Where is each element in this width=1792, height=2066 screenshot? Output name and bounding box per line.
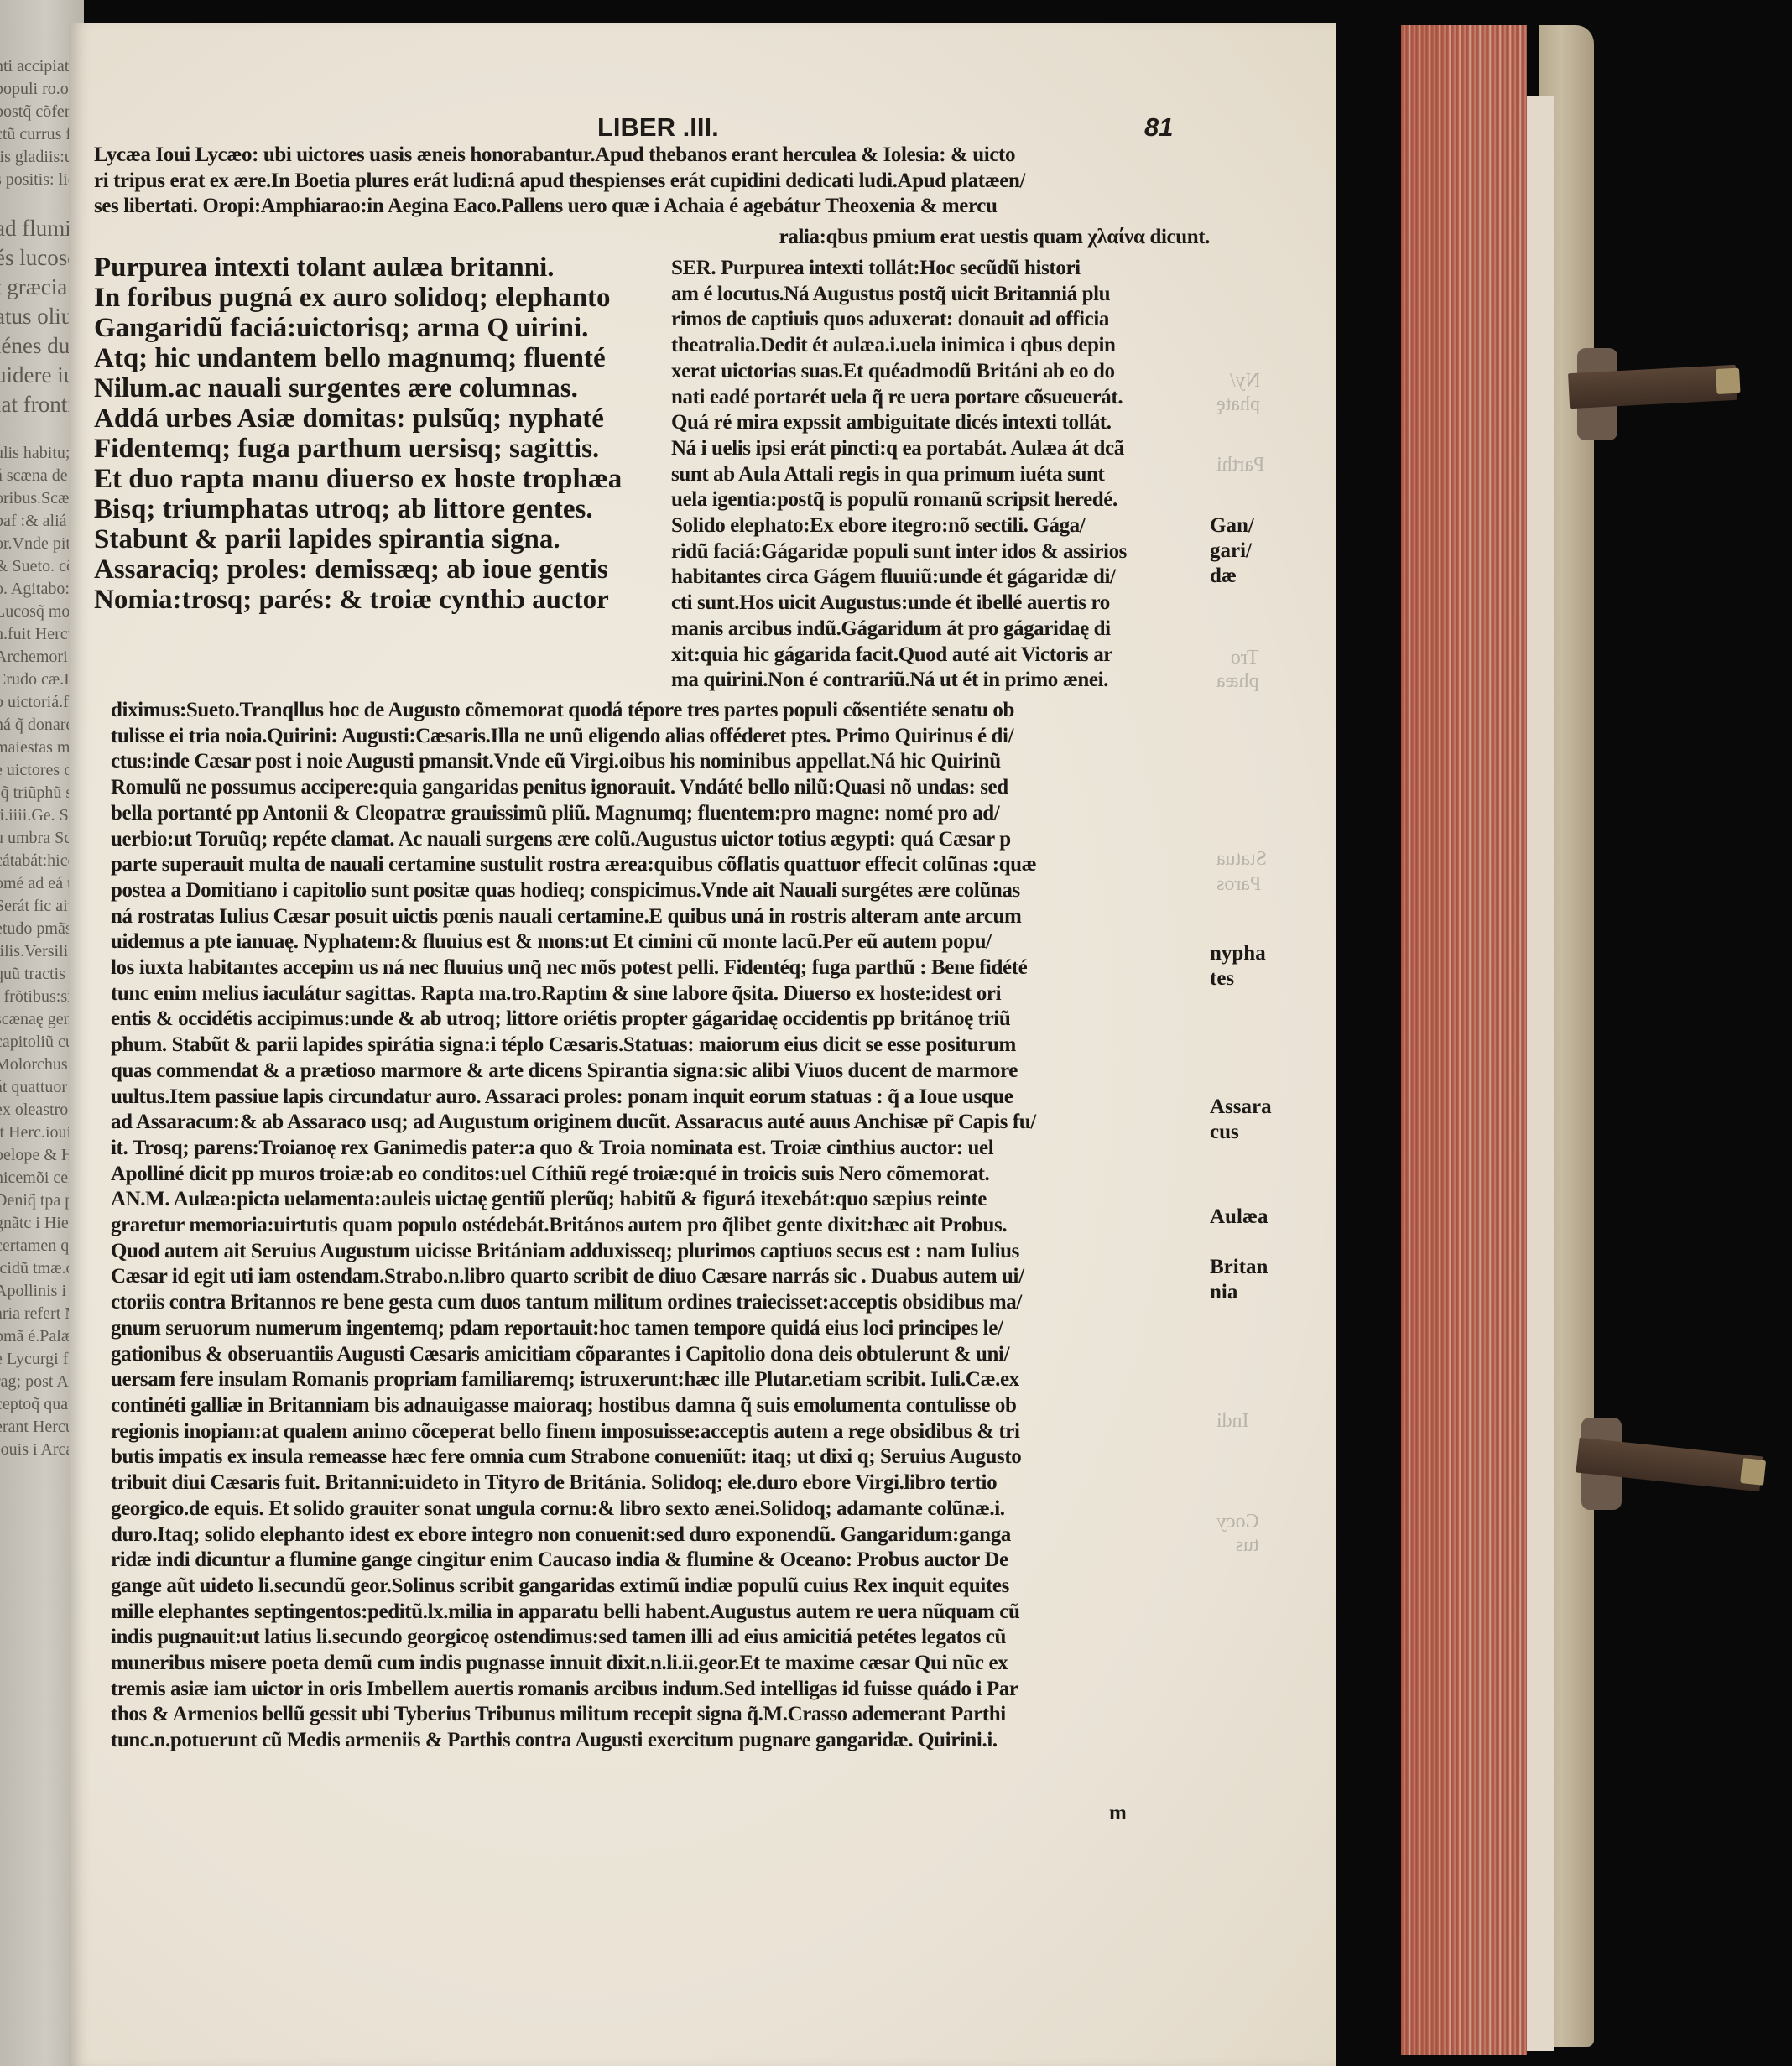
- marginal-note: Britannia: [1210, 1255, 1268, 1305]
- marginal-note-line: gari/: [1210, 539, 1254, 564]
- ghost-note-line: phæa: [1216, 669, 1259, 693]
- commentary-line: Lycæa Ioui Lycæo: ubi uictores uasis æne…: [94, 143, 1210, 169]
- commentary-right-column: SER. Purpurea intexti tollát:Hoc secũdũ …: [671, 256, 1212, 694]
- commentary-line: am é locutus.Ná Augustus postq̃ uicit Br…: [671, 282, 1212, 308]
- commentary-line: manis arcibus indũ.Gágaridum át pro gága…: [671, 617, 1212, 643]
- verse-line: Bisq; triumphatas utroq; ab littore gent…: [94, 494, 673, 524]
- commentary-line: tunc.n.potuerunt cũ Medis armeniis & Par…: [111, 1728, 1214, 1754]
- commentary-line: georgico.de equis. Et solido grauiter so…: [111, 1496, 1214, 1522]
- ghost-note-line: Paros: [1216, 872, 1261, 896]
- ghost-marginal-note: Cocytus: [1216, 1510, 1259, 1557]
- commentary-line: nati eadé portarét uela q̃ re uera porta…: [671, 385, 1212, 411]
- verse-line: In foribus pugná ex auro solidoq; elepha…: [94, 283, 673, 313]
- catchword: m: [1109, 1802, 1127, 1825]
- verse-line: Assaraciq; proles: demissæq; ab ioue gen…: [94, 554, 673, 585]
- ghost-note-line: Parthi: [1216, 453, 1264, 476]
- commentary-line: mille elephantes septingentos:peditũ.lx.…: [111, 1600, 1214, 1626]
- ghost-marginal-note: Trophæa: [1216, 646, 1259, 693]
- commentary-line: Apolliné dicit pp muros troiæ:ab eo cond…: [111, 1162, 1214, 1188]
- commentary-line: AN.M. Aulæa:picta uelamenta:auleis uicta…: [111, 1187, 1214, 1213]
- commentary-line: ná rostratas Iulius Cæsar posuit uictis …: [111, 904, 1214, 930]
- verse-line: Fidentemq; fuga parthum uersisq; sagitti…: [94, 434, 673, 464]
- verse-line: Stabunt & parii lapides spirantia signa.: [94, 524, 673, 554]
- commentary-line: ses libertati. Oropi:Amphiarao:in Aegina…: [94, 194, 1210, 220]
- running-title: LIBER .III.: [597, 112, 719, 143]
- commentary-line: los iuxta habitantes accepim us ná nec f…: [111, 955, 1214, 981]
- verse-line: Et duo rapta manu diuerso ex hoste troph…: [94, 464, 673, 494]
- marginal-note-line: Gan/: [1210, 513, 1254, 539]
- clasp-brass-tip-icon: [1716, 368, 1741, 394]
- commentary-line: ralia:qbus pmium erat uestis quam χλαίνα…: [94, 225, 1210, 251]
- verse-line: Gangaridũ faciá:uictorisq; arma Q uirini…: [94, 313, 673, 343]
- marginal-note-line: nia: [1210, 1280, 1268, 1305]
- commentary-line: ctoriis contra Britannos re bene gesta c…: [111, 1290, 1214, 1316]
- commentary-line: tulisse ei tria noia.Quirini: Augusti:Cæ…: [111, 724, 1214, 750]
- commentary-line: Cæsar id egit uti iam ostendam.Strabo.n.…: [111, 1264, 1214, 1290]
- commentary-line: gationibus & obseruantiis Augusti Cæsari…: [111, 1342, 1214, 1368]
- commentary-line: phum. Stabũt & parii lapides spirátia si…: [111, 1033, 1214, 1059]
- marginal-note: nyphates: [1210, 941, 1266, 991]
- verse-line: Addá urbes Asiæ domitas: pulsũq; nyphaté: [94, 403, 673, 434]
- commentary-line: cti sunt.Hos uicit Augustus:unde ét ibel…: [671, 591, 1212, 617]
- commentary-line: ad Assaracum:& ab Assaraco usq; ad Augus…: [111, 1110, 1214, 1136]
- ghost-marginal-note: Parthi: [1216, 453, 1264, 476]
- ghost-note-line: Ny/: [1216, 369, 1260, 393]
- commentary-line: Ná i uelis ipsi erát pincti:q ea portabá…: [671, 436, 1212, 462]
- marginal-note-line: Britan: [1210, 1255, 1268, 1280]
- commentary-line: ctus:inde Cæsar post i noie Augusti pman…: [111, 749, 1214, 775]
- verse-line: Nomia:trosq; parés: & troiæ cynthiɔ auct…: [94, 585, 673, 615]
- commentary-line: parte superauit multa de nauali certamin…: [111, 852, 1214, 878]
- verse-block: Purpurea intexti tolant aulæa britanni.I…: [94, 252, 673, 615]
- page-block-edge: [1527, 96, 1554, 2051]
- ghost-marginal-note: Indi: [1216, 1409, 1249, 1433]
- commentary-line: tribuit diui Cæsaris fuit. Britanni:uide…: [111, 1470, 1214, 1496]
- ghost-note-line: Indi: [1216, 1409, 1249, 1433]
- commentary-line: rimos de captiuis quos aduxerat: donauit…: [671, 307, 1212, 333]
- commentary-line: duro.Itaq; solido elephanto idest ex ebo…: [111, 1522, 1214, 1548]
- commentary-line: uerbio:ut Toruũq; repéte clamat. Ac naua…: [111, 827, 1214, 853]
- commentary-line: butis impatis ex insula remeasse hæc fer…: [111, 1444, 1214, 1470]
- marginal-note: Aulæa: [1210, 1205, 1268, 1230]
- ghost-marginal-note: Statua: [1216, 847, 1267, 871]
- commentary-line: xerat uictorias suas.Et quéadmodũ Britán…: [671, 359, 1212, 385]
- commentary-line: postea a Domitiano i capitolio sunt posi…: [111, 878, 1214, 904]
- clasp-strap-top[interactable]: [1568, 365, 1737, 409]
- commentary-line: diximus:Sueto.Tranqllus hoc de Augusto c…: [111, 698, 1214, 724]
- commentary-line: uultus.Item passiue lapis circundatur au…: [111, 1085, 1214, 1111]
- ghost-note-line: Statua: [1216, 847, 1267, 871]
- red-page-edges: [1401, 25, 1527, 2055]
- commentary-line: thos & Armenios bellũ gessit ubi Tyberiu…: [111, 1702, 1214, 1728]
- commentary-line: Solido elephato:Ex ebore itegro:nõ secti…: [671, 513, 1212, 539]
- commentary-line: theatralia.Dedit ét aulæa.i.uela inimica…: [671, 333, 1212, 359]
- commentary-line: SER. Purpurea intexti tollát:Hoc secũdũ …: [671, 256, 1212, 282]
- ghost-note-line: tus: [1216, 1533, 1259, 1557]
- commentary-line: ridæ indi dicuntur a flumine gange cingi…: [111, 1548, 1214, 1574]
- commentary-full-width: diximus:Sueto.Tranqllus hoc de Augusto c…: [111, 698, 1214, 1754]
- commentary-line: continéti galliæ in Britanniam bis adnau…: [111, 1393, 1214, 1419]
- marginal-note-line: tes: [1210, 966, 1266, 991]
- verse-line: Purpurea intexti tolant aulæa britanni.: [94, 252, 673, 283]
- commentary-line: tremis asiæ iam uictor in oris Imbellem …: [111, 1677, 1214, 1703]
- clasp-brass-tip-icon: [1740, 1458, 1766, 1486]
- commentary-line: muneribus misere poeta demũ cum indis pu…: [111, 1651, 1214, 1677]
- commentary-line: tunc enim melius iaculátur sagittas. Rap…: [111, 981, 1214, 1007]
- commentary-line: uidemus a pte ianuaę. Nyphatem:& fluuius…: [111, 929, 1214, 955]
- ghost-marginal-note: Ny/phatę: [1216, 369, 1260, 416]
- verse-line: Nilum.ac nauali surgentes ære columnas.: [94, 373, 673, 403]
- intro-commentary: Lycæa Ioui Lycæo: ubi uictores uasis æne…: [94, 143, 1210, 251]
- ghost-note-line: Cocy: [1216, 1510, 1259, 1533]
- commentary-line: ma quirini.Non é contrariũ.Ná ut ét in p…: [671, 668, 1212, 694]
- verse-line: Atq; hic undantem bello magnumq; fluenté: [94, 343, 673, 373]
- commentary-line: quas commendat & a prætioso marmore & ar…: [111, 1059, 1214, 1085]
- commentary-line: gnum seruorum numerum ingentemq; pdam re…: [111, 1316, 1214, 1342]
- ghost-note-line: Tro: [1216, 646, 1259, 669]
- commentary-line: habitantes circa Gágem fluuiũ:unde ét gá…: [671, 565, 1212, 591]
- commentary-line: uersam fere insulam Romanis propriam fam…: [111, 1367, 1214, 1393]
- ghost-marginal-note: Paros: [1216, 872, 1261, 896]
- commentary-line: xit:quia hic gágarida facit.Quod auté ai…: [671, 643, 1212, 669]
- commentary-line: bella portanté pp Antonii & Cleopatræ gr…: [111, 801, 1214, 827]
- commentary-line: ridũ faciá:Gágaridæ populi sunt inter id…: [671, 539, 1212, 565]
- marginal-note: Assaracus: [1210, 1095, 1272, 1145]
- marginal-note-line: Assara: [1210, 1095, 1272, 1120]
- commentary-line: regionis inopiam:at qualem animo cõceper…: [111, 1419, 1214, 1445]
- commentary-line: Romulũ ne possumus accipere:quia gangari…: [111, 775, 1214, 801]
- marginal-note-line: nypha: [1210, 941, 1266, 966]
- commentary-line: sunt ab Aula Attali regis in qua primum …: [671, 462, 1212, 488]
- commentary-line: ri tripus erat ex ære.In Boetia plures e…: [94, 169, 1210, 195]
- ghost-note-line: phatę: [1216, 393, 1260, 416]
- folio-number: 81: [1144, 112, 1173, 143]
- commentary-line: uela igentia:postq̃ is populũ romanũ scr…: [671, 487, 1212, 513]
- marginal-note-line: Aulæa: [1210, 1205, 1268, 1230]
- commentary-line: graretur memoria:uirtutis quam populo os…: [111, 1213, 1214, 1239]
- marginal-note-line: dæ: [1210, 564, 1254, 589]
- commentary-line: Quod autem ait Seruius Augustum uicisse …: [111, 1239, 1214, 1265]
- commentary-line: indis pugnauit:ut latius li.secundo geor…: [111, 1625, 1214, 1651]
- commentary-line: entis & occidétis accipimus:unde & ab ut…: [111, 1007, 1214, 1033]
- commentary-line: gange aũt uideto li.secundũ geor.Solinus…: [111, 1574, 1214, 1600]
- commentary-line: it. Trosq; parens:Troianoę rex Ganimedis…: [111, 1136, 1214, 1162]
- commentary-line: Quá ré mira expssit ambiguitate dicés in…: [671, 410, 1212, 436]
- marginal-note-line: cus: [1210, 1120, 1272, 1145]
- marginal-note: Gan/gari/dæ: [1210, 513, 1254, 589]
